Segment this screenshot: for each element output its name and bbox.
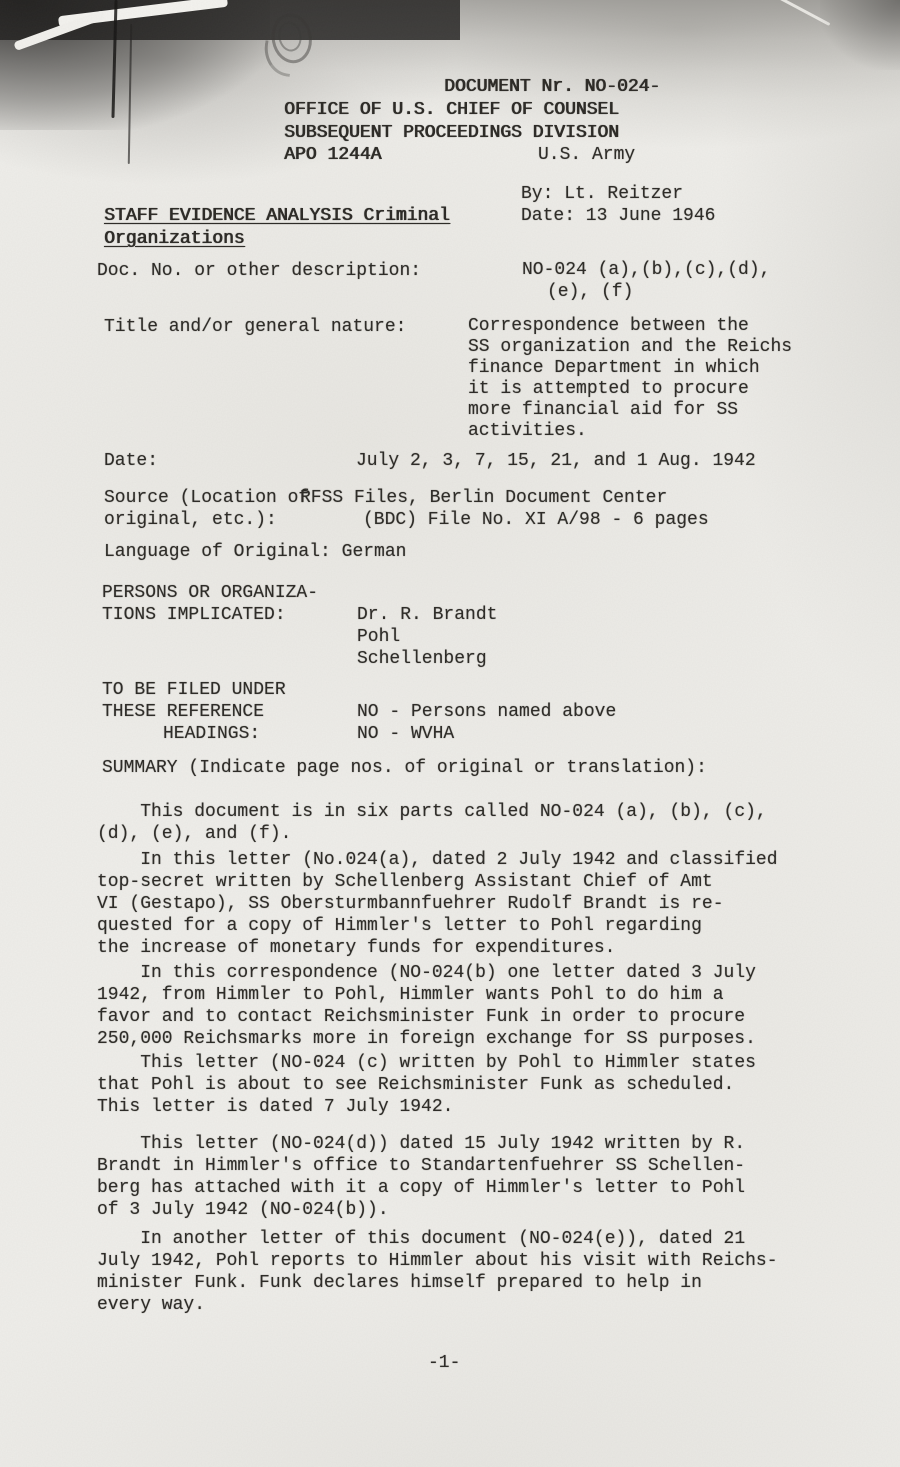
- date-value: July 2, 3, 7, 15, 21, and 1 Aug. 1942: [356, 450, 756, 472]
- filing-label-line1: TO BE FILED UNDER: [102, 679, 286, 701]
- filing-value-line2: NO - WVHA: [357, 723, 454, 745]
- summary-paragraph: In this letter (No.024(a), dated 2 July …: [97, 849, 778, 959]
- scan-artifact-handwritten-mark: [262, 11, 314, 70]
- doc-no-value-line2: (e), (f): [547, 281, 633, 303]
- handwritten-tail-icon: [261, 40, 294, 77]
- analyst-line: By: Lt. Reitzer: [521, 183, 683, 205]
- division-line: SUBSEQUENT PROCEEDINGS DIVISION: [284, 122, 619, 144]
- summary-heading: SUMMARY (Indicate page nos. of original …: [102, 757, 707, 779]
- page-number: -1-: [428, 1352, 460, 1374]
- office-line: OFFICE OF U.S. CHIEF OF COUNSEL: [284, 99, 619, 121]
- title-nature-value: Correspondence between the SS organizati…: [468, 316, 792, 442]
- persons-value-list: Dr. R. Brandt Pohl Schellenberg: [357, 604, 497, 670]
- source-label-line2: original, etc.):: [104, 509, 277, 531]
- sea-title-line1: STAFF EVIDENCE ANALYSIS Criminal: [104, 205, 450, 227]
- handwritten-loop-icon: [268, 10, 316, 66]
- scan-artifact-torn-corner: [0, 0, 270, 130]
- source-label-line1: Source (Location of: [104, 487, 309, 509]
- source-value-line2: (BDC) File No. XI A/98 - 6 pages: [363, 509, 709, 531]
- scan-artifact-crease-line: [128, 24, 132, 164]
- doc-no-label: Doc. No. or other description:: [97, 260, 421, 282]
- date-label: Date:: [104, 450, 158, 472]
- scan-artifact-crease-line: [111, 0, 117, 118]
- summary-paragraph: This letter (NO-024 (c) written by Pohl …: [97, 1052, 756, 1118]
- summary-paragraph: This document is in six parts called NO-…: [97, 801, 767, 845]
- scan-artifact-corner-crease: [750, 0, 831, 26]
- language-line: Language of Original: German: [104, 541, 406, 563]
- summary-paragraph: In another letter of this document (NO-0…: [97, 1228, 778, 1316]
- sea-title-line2: Organizations: [104, 228, 244, 250]
- summary-paragraph: In this correspondence (NO-024(b) one le…: [97, 962, 756, 1050]
- scan-artifact-corner-shadow: [820, 0, 900, 70]
- scanned-document-page: DOCUMENT Nr. NO-024- OFFICE OF U.S. CHIE…: [0, 0, 900, 1467]
- source-value-line1: RFSS Files, Berlin Document Center: [300, 487, 667, 509]
- summary-paragraph: This letter (NO-024(d)) dated 15 July 19…: [97, 1133, 745, 1221]
- filing-label-line3: HEADINGS:: [163, 723, 260, 745]
- doc-no-value-line1: NO-024 (a),(b),(c),(d),: [522, 259, 770, 281]
- filing-value-line1: NO - Persons named above: [357, 701, 616, 723]
- army-line: U.S. Army: [538, 144, 635, 166]
- scan-artifact-tear-gap: [58, 0, 228, 27]
- filing-label-line2: THESE REFERENCE: [102, 701, 264, 723]
- doc-number-line: DOCUMENT Nr. NO-024-: [444, 76, 660, 98]
- scan-artifact-tear-gap: [13, 10, 105, 51]
- apo-line: APO 1244A: [284, 144, 381, 166]
- analysis-date-line: Date: 13 June 1946: [521, 205, 715, 227]
- handwritten-loop-icon: [276, 20, 304, 54]
- title-nature-label: Title and/or general nature:: [104, 316, 406, 338]
- persons-label-line1: PERSONS OR ORGANIZA-: [102, 582, 318, 604]
- persons-label-line2: TIONS IMPLICATED:: [102, 604, 286, 626]
- scan-artifact-torn-edge: [0, 0, 460, 40]
